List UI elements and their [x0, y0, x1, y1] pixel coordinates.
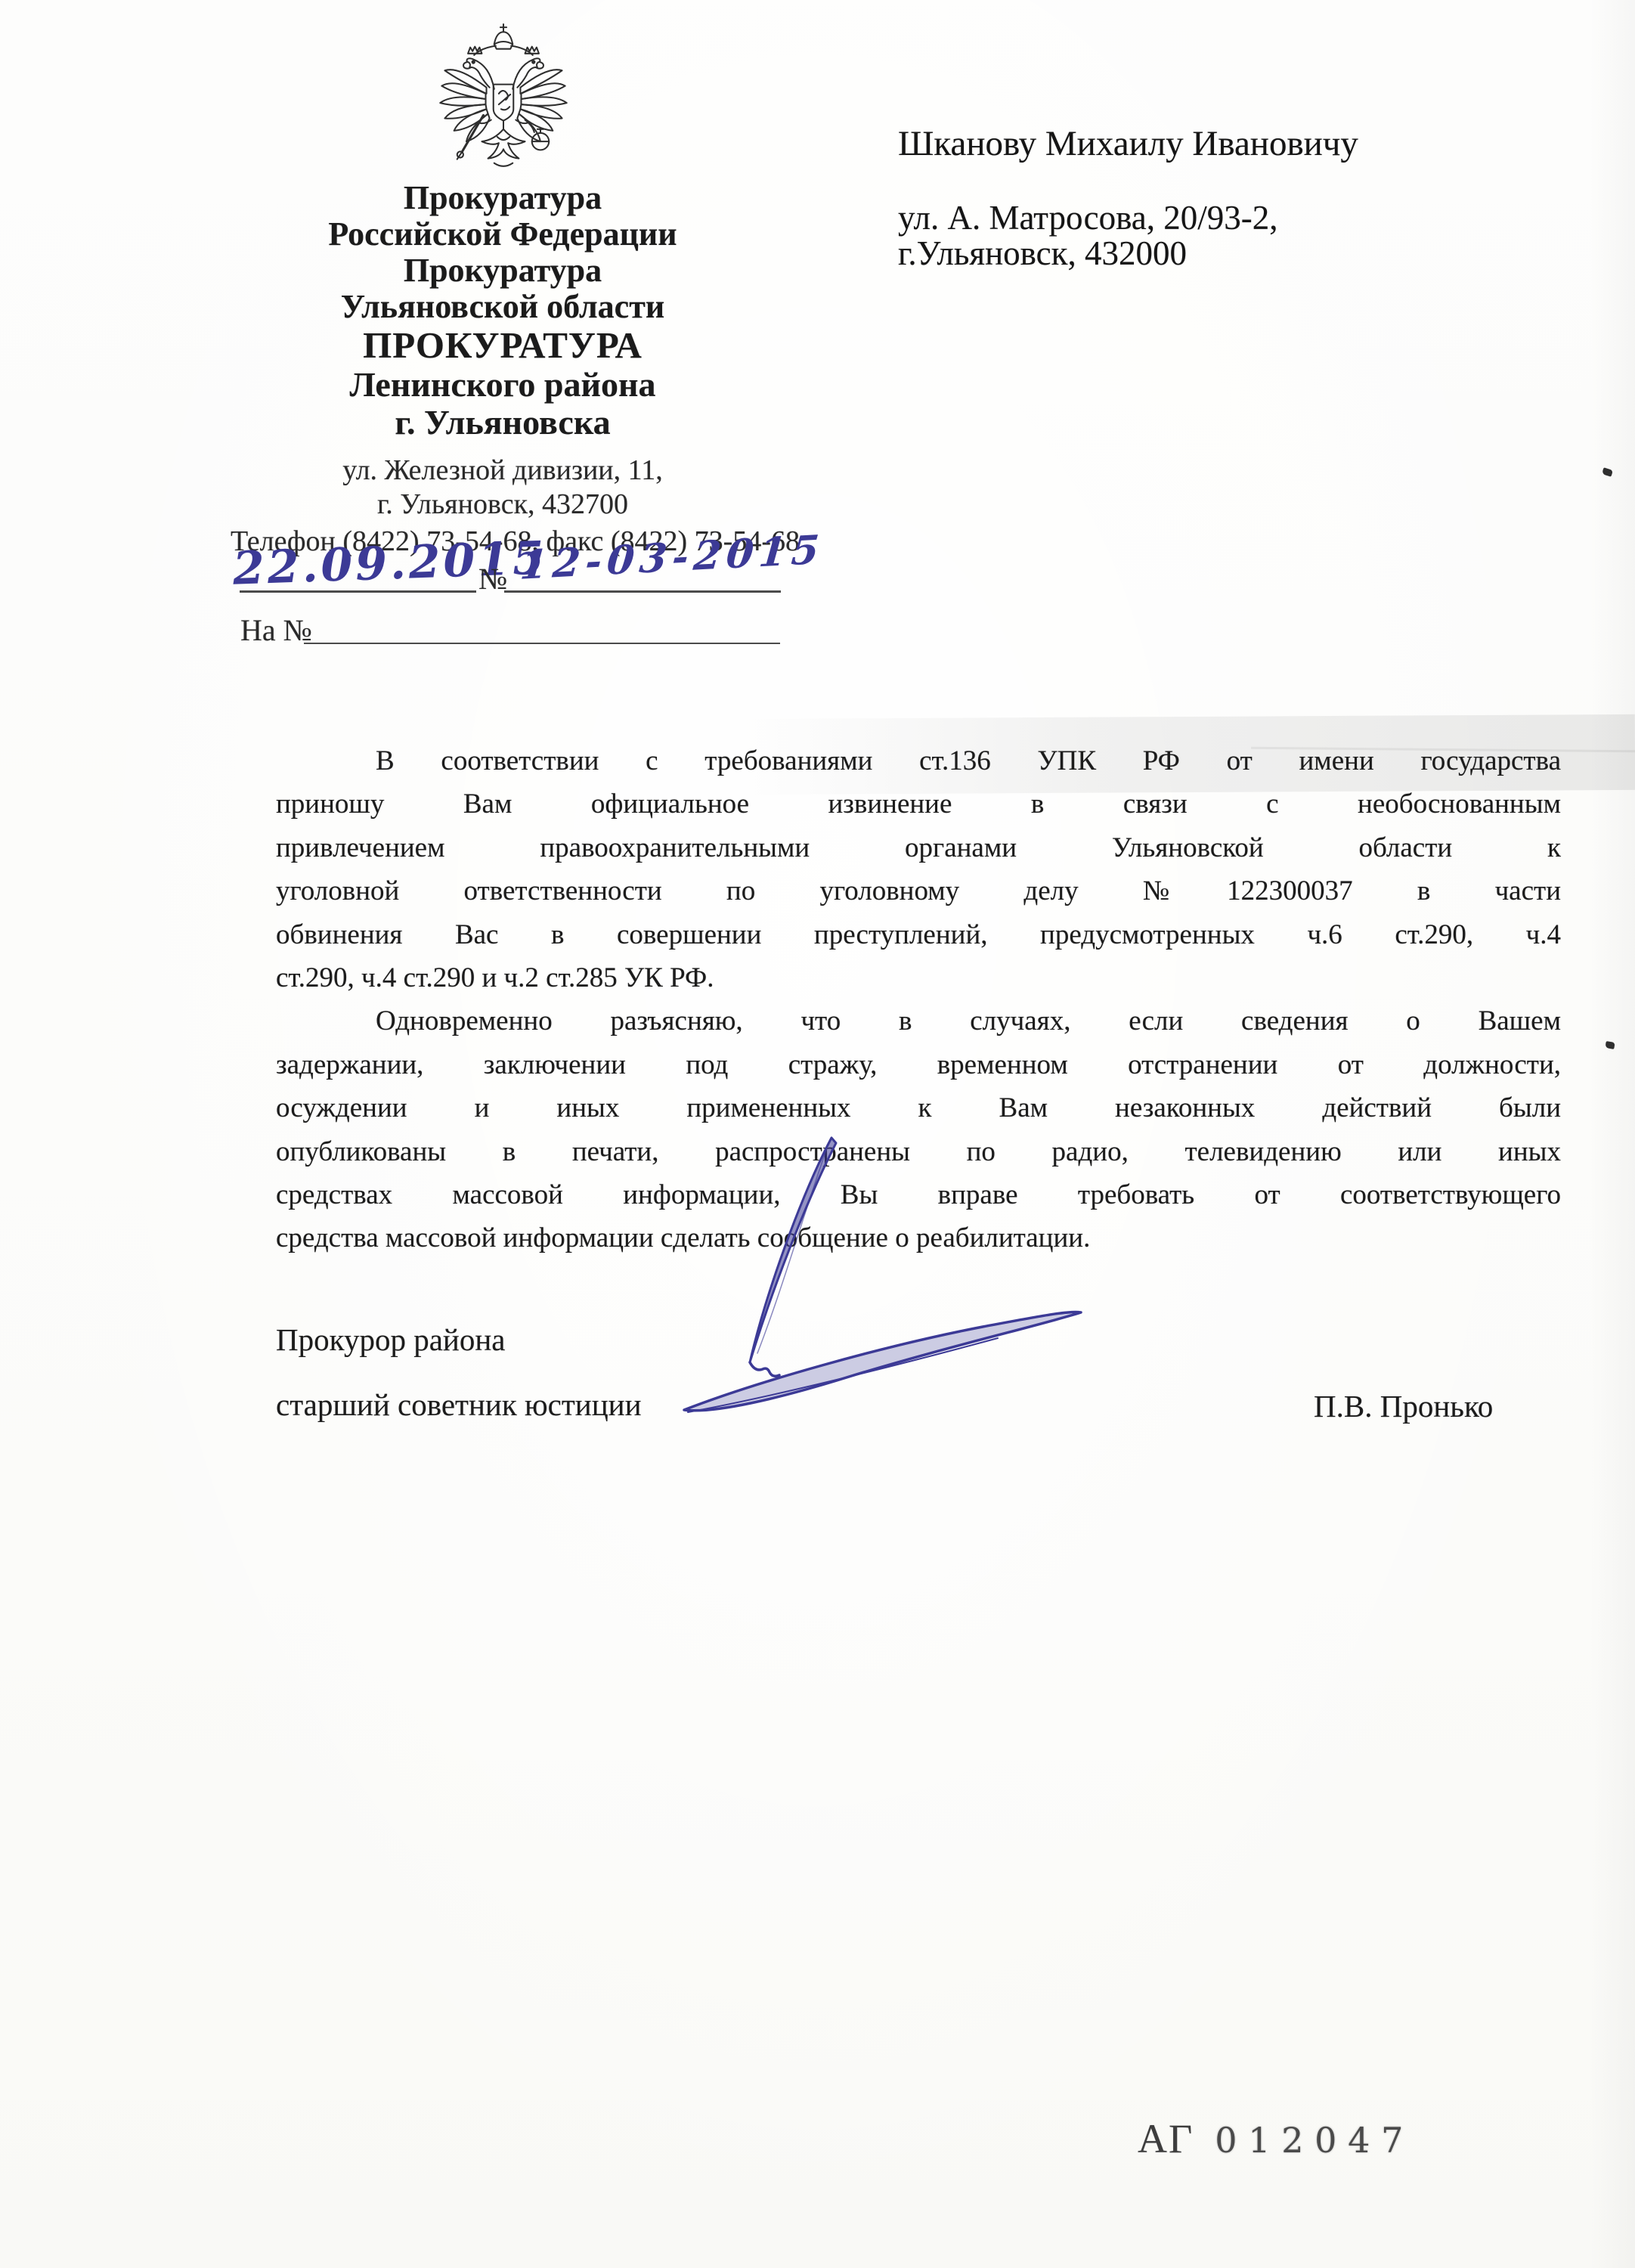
reply-ref-label: На №: [240, 612, 312, 648]
scanned-letter-page: Прокуратура Российской Федерации Прокура…: [0, 0, 1635, 2268]
letterhead-line: г. Ульяновска: [231, 404, 775, 442]
address-line: ул. Железной дивизии, 11,: [231, 454, 775, 488]
signer-name: П.В. Пронько: [1314, 1388, 1493, 1424]
signer-position-line2: старший советник юстиции: [276, 1387, 642, 1423]
recipient-block: Шканову Михаилу Ивановичу ул. А. Матросо…: [898, 125, 1472, 271]
recipient-address-line: г.Ульяновск, 432000: [898, 236, 1472, 271]
letterhead-org-name: ПРОКУРАТУРА: [231, 325, 775, 366]
letterhead-address: ул. Железной дивизии, 11, г. Ульяновск, …: [231, 454, 775, 522]
form-series-number: АГ012047: [1138, 2115, 1414, 2162]
letterhead-line: Прокуратура: [231, 180, 775, 216]
body-line: В соответствии с требованиями ст.136 УПК…: [276, 739, 1561, 782]
body-line: задержании, заключении под стражу, време…: [276, 1043, 1561, 1086]
form-series: АГ: [1138, 2116, 1194, 2161]
scan-edge-shading: [1590, 0, 1635, 2268]
form-number: 012047: [1215, 2120, 1414, 2161]
body-line: Одновременно разъясняю, что в случаях, е…: [276, 999, 1561, 1043]
handwritten-signature: [643, 1104, 1134, 1444]
letterhead-line: Ленинского района: [231, 366, 775, 404]
number-underline: [504, 590, 781, 593]
recipient-address-line: ул. А. Матросова, 20/93-2,: [898, 200, 1472, 236]
handwritten-date: 22.09.2015: [232, 534, 483, 595]
letterhead-org-block: Прокуратура Российской Федерации Прокура…: [231, 180, 775, 442]
signer-position-line1: Прокурор района: [276, 1321, 505, 1358]
body-line: привлечением правоохранительными органам…: [276, 826, 1561, 869]
date-underline: [240, 590, 476, 593]
body-line: уголовной ответственности по уголовному …: [276, 869, 1561, 912]
reply-ref-underline: [304, 643, 780, 644]
body-line: обвинения Вас в совершении преступлений,…: [276, 913, 1561, 956]
letterhead-line: Прокуратура: [231, 253, 775, 289]
letterhead-line: Ульяновской области: [231, 289, 775, 325]
body-line: ст.290, ч.4 ст.290 и ч.2 ст.285 УК РФ.: [276, 956, 1561, 999]
russian-coat-of-arms-icon: [437, 23, 570, 174]
body-line: приношу Вам официальное извинение в связ…: [276, 782, 1561, 826]
address-line: г. Ульяновск, 432700: [231, 488, 775, 522]
letterhead-line: Российской Федерации: [231, 216, 775, 253]
recipient-name: Шканову Михаилу Ивановичу: [898, 125, 1472, 163]
number-sign-label: №: [478, 561, 507, 596]
